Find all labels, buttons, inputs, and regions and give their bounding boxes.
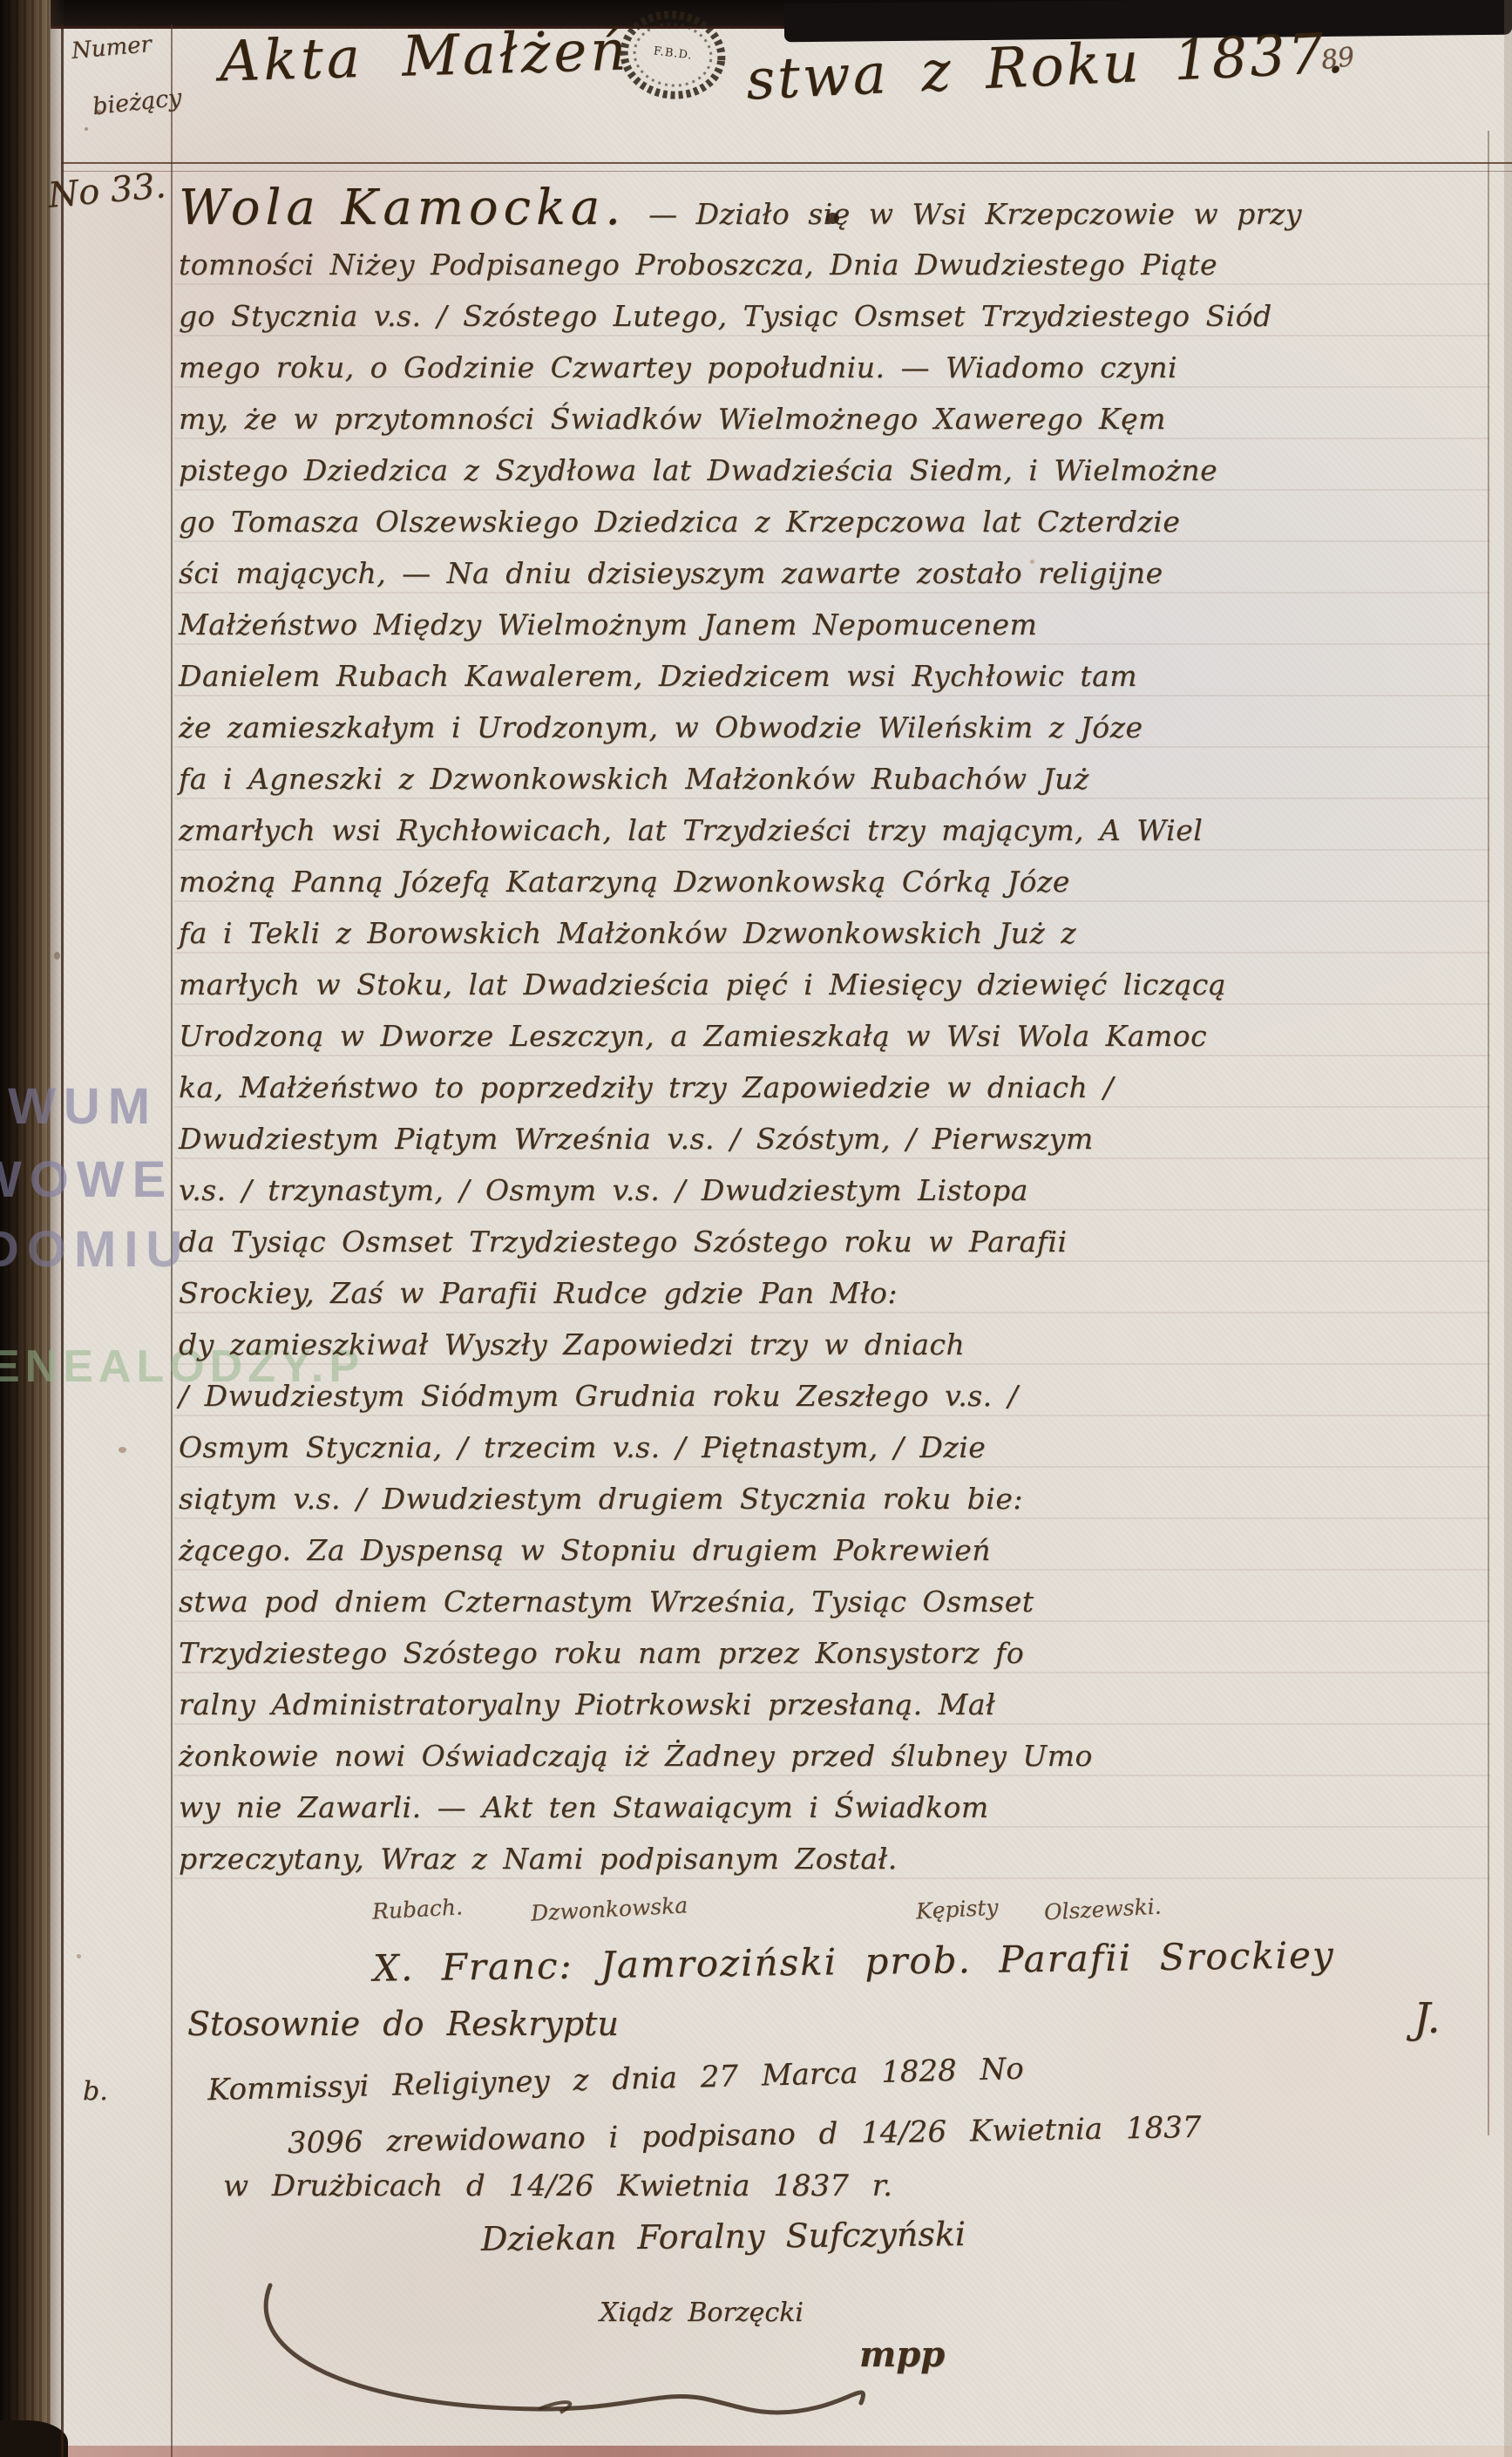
foxing-spot <box>1030 560 1034 564</box>
act-text-line: żonkowie nowi Oświadczają iż Żadney prze… <box>179 1730 1490 1782</box>
priest-signature: X. Franc: Jamroziński prob. Parafii Sroc… <box>373 1933 1335 1989</box>
foxing-spot <box>77 1954 81 1958</box>
act-text-line: marłych w Stoku, lat Dwadzieścia pięć i … <box>179 959 1490 1010</box>
act-text-line: Danielem Rubach Kawalerem, Dziedzicem ws… <box>179 650 1490 702</box>
act-text-line: — Działo się w Wsi Krzepczowie w przy <box>648 197 1302 231</box>
act-text-line: Małżeństwo Między Wielmożnym Janem Nepom… <box>179 599 1490 650</box>
act-text-line: stwa pod dniem Czternastym Września, Tys… <box>179 1576 1490 1627</box>
act-text-line: Trzydziestego Szóstego roku nam przez Ko… <box>179 1627 1490 1679</box>
act-text-line: tomności Niżey Podpisanego Proboszcza, D… <box>179 239 1490 290</box>
revision-note-flourish-mark: J. <box>1414 1994 1441 2043</box>
act-text-line: Urodzoną w Dworze Leszczyn, a Zamieszkał… <box>179 1010 1490 1062</box>
page-number: 89 <box>1319 42 1356 76</box>
witness-signature: Dzwonkowska <box>530 1892 688 1925</box>
revision-note-line: w Drużbicach d 14/26 Kwietnia 1837 r. <box>223 2169 892 2203</box>
scan-right-edge <box>1504 0 1512 2457</box>
act-body: Wola Kamocka.— Działo się w Wsi Krzepczo… <box>179 180 1490 1884</box>
act-text-line: ka, Małżeństwo to poprzedziły trzy Zapow… <box>179 1062 1490 1113</box>
act-text-line: siątym v.s. / Dwudziestym drugiem Styczn… <box>179 1473 1490 1524</box>
foxing-spot <box>96 110 102 115</box>
act-text-line: / Dwudziestym Siódmym Grudnia roku Zeszł… <box>179 1370 1490 1422</box>
act-heading-line: Wola Kamocka.— Działo się w Wsi Krzepczo… <box>179 180 1490 239</box>
witness-signatures-row: Rubach.DzwonkowskaKępistyOlszewski. <box>179 1897 1416 1922</box>
signature-flourish <box>251 2277 966 2433</box>
act-text-line: możną Panną Józefą Katarzyną Dzwonkowską… <box>179 856 1490 907</box>
ink-blot <box>826 213 839 224</box>
act-text-line: v.s. / trzynastym, / Osmym v.s. / Dwudzi… <box>179 1164 1490 1216</box>
act-text-line: Dwudziestym Piątym Września v.s. / Szóst… <box>179 1113 1490 1164</box>
revision-note-line: Stosownie do Reskryptu <box>187 2005 619 2043</box>
act-text-lines: tomności Niżey Podpisanego Proboszcza, D… <box>179 239 1490 1884</box>
page-title-left: Akta Małżeń <box>219 18 630 94</box>
act-text-line: fa i Tekli z Borowskich Małżonków Dzwonk… <box>179 907 1490 959</box>
act-text-line: Srockiey, Zaś w Parafii Rudce gdzie Pan … <box>179 1267 1490 1319</box>
archive-watermark-line: IWUM <box>0 1077 158 1136</box>
act-text-line: żącego. Za Dyspensą w Stopniu drugiem Po… <box>179 1524 1490 1576</box>
act-text-line: mego roku, o Godzinie Czwartey popołudni… <box>179 342 1490 393</box>
archive-watermark-line: DOMIU <box>0 1220 190 1279</box>
foxing-spot <box>85 127 88 131</box>
wreath-stamp: F.B.D. <box>610 2 736 107</box>
act-text-line: przeczytany, Wraz z Nami podpisanym Zost… <box>179 1833 1490 1884</box>
flourish-curve <box>251 2277 966 2429</box>
margin-column-label: bieżący <box>92 85 183 121</box>
register-page-scan: IWUM WOWE DOMIU ENEALODZY.P Numer bieżąc… <box>0 0 1512 2457</box>
act-text-line: Osmym Stycznia, / trzecim v.s. / Piętnas… <box>179 1422 1490 1473</box>
foxing-spot <box>119 1447 126 1453</box>
act-text-line: ralny Administratoryalny Piotrkowski prz… <box>179 1679 1490 1730</box>
act-text-line: że zamieszkałym i Urodzonym, w Obwodzie … <box>179 702 1490 753</box>
header-separator-rule <box>61 162 1512 172</box>
revision-note-line: Kommissyi Religiyney z dnia 27 Marca 182… <box>207 2052 1025 2108</box>
witness-signature: Kępisty <box>915 1895 999 1924</box>
act-place-heading: Wola Kamocka. <box>179 180 626 236</box>
act-number: No 33. <box>46 166 167 216</box>
margin-column-label: Numer <box>71 31 153 64</box>
act-text-line: pistego Dziedzica z Szydłowa lat Dwadzie… <box>179 445 1490 496</box>
act-text-line: my, że w przytomności Świadków Wielmożne… <box>179 393 1490 445</box>
revision-margin-mark: b. <box>83 2076 108 2107</box>
archive-watermark-line: WOWE <box>0 1150 173 1209</box>
act-text-line: go Tomasza Olszewskiego Dziedzica z Krze… <box>179 496 1490 547</box>
foxing-spot <box>54 952 60 960</box>
witness-signature: Olszewski. <box>1043 1893 1162 1924</box>
act-text-line: da Tysiąc Osmset Trzydziestego Szóstego … <box>179 1216 1490 1267</box>
act-text-line: dy zamieszkiwał Wyszły Zapowiedzi trzy w… <box>179 1319 1490 1370</box>
act-text-line: go Stycznia v.s. / Szóstego Lutego, Tysi… <box>179 290 1490 342</box>
scan-bottom-edge <box>0 2446 1512 2457</box>
dean-signature: Dziekan Foralny Sufczyński <box>481 2215 966 2258</box>
act-text-line: ści mających, — Na dniu dzisieyszym zawa… <box>179 547 1490 599</box>
act-text-line: zmarłych wsi Rychłowicach, lat Trzydzieś… <box>179 804 1490 856</box>
revision-note-line: 3096 zrewidowano i podpisano d 14/26 Kwi… <box>288 2110 1202 2161</box>
act-text-line: fa i Agneszki z Dzwonkowskich Małżonków … <box>179 753 1490 804</box>
witness-signature: Rubach. <box>371 1894 463 1924</box>
act-text-line: wy nie Zawarli. — Akt ten Stawaiącym i Ś… <box>179 1782 1490 1833</box>
